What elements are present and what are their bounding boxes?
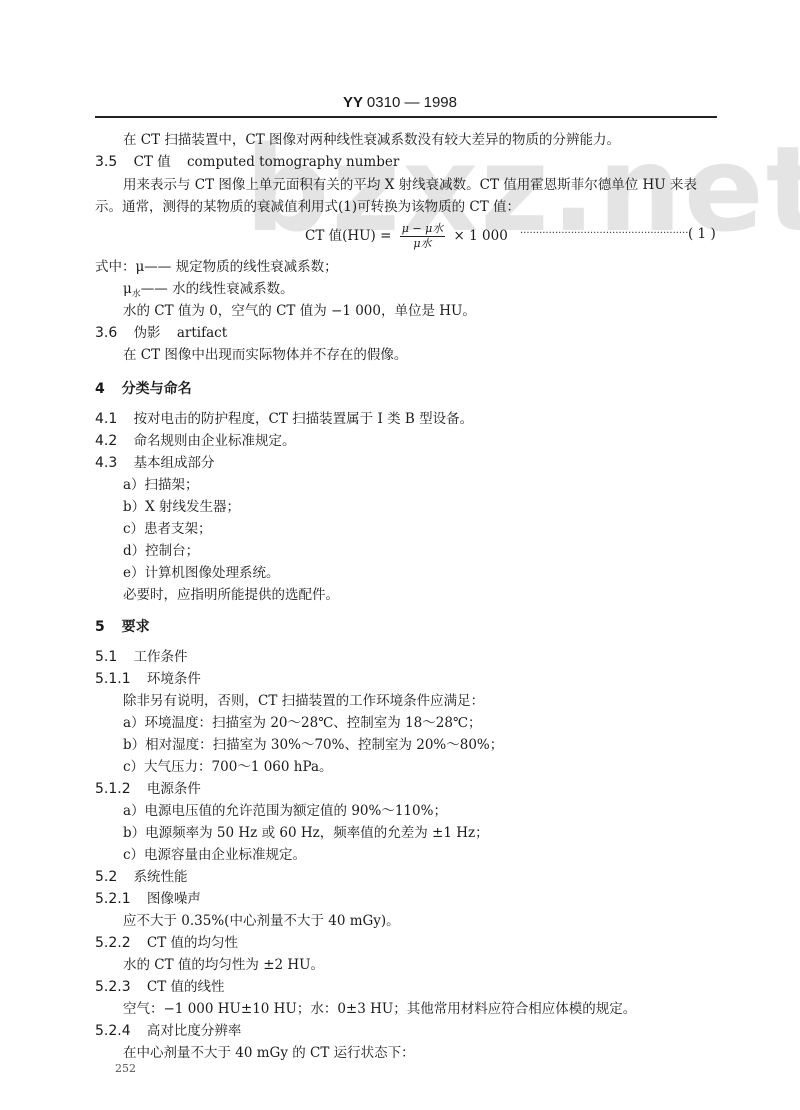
clause-number: 5.2 [95,869,117,885]
page-number: 252 [115,1062,136,1075]
clause-number: 4.1 [95,411,117,427]
formula-ct-value: CT 值(HU) = μ − μ水 μ水 × 1 000 [305,222,508,251]
clause-text: 图像噪声 [147,891,201,907]
clause-number: 5.1 [95,649,117,665]
document-page: YY 0310 — 1998 在 CT 扫描装置中，CT 图像对两种线性衰减系数… [0,0,800,1110]
list-item: b）X 射线发生器； [123,498,240,516]
list-item: a）扫描架； [123,476,199,494]
clause-5-1: 5.1 工作条件 [95,648,188,666]
section-title: CT 值 [134,154,171,170]
legend-text: —— 水的线性衰减系数。 [141,281,294,297]
paragraph: 水的 CT 值为 0，空气的 CT 值为 −1 000，单位是 HU。 [123,302,476,320]
clause-text: 基本组成部分 [134,455,215,471]
list-item: b）相对湿度：扫描室为 30%～70%、控制室为 20%～80%； [123,736,503,754]
standard-header: YY 0310 — 1998 [0,94,800,111]
paragraph: 示。通常，测得的某物质的衰减值利用式(1)可转换为该物质的 CT 值： [95,198,520,216]
chapter-heading-5: 5 要求 [95,618,150,636]
subscript-water: 水 [132,290,141,300]
clause-text: 高对比度分辨率 [147,1023,242,1039]
list-item: b）电源频率为 50 Hz 或 60 Hz，频率值的允差为 ±1 Hz； [123,824,489,842]
clause-5-1-2: 5.1.2 电源条件 [95,780,201,798]
clause-number: 5.2.4 [95,1023,131,1039]
paragraph: 用来表示与 CT 图像上单元面积有关的平均 X 射线衰减数。CT 值用霍恩斯菲尔… [123,176,697,194]
section-heading-3-5: 3.5 CT 值 computed tomography number [95,153,399,171]
section-title-en: artifact [177,325,227,341]
clause-5-1-1: 5.1.1 环境条件 [95,670,201,688]
standard-number: 0310 — 1998 [367,94,457,111]
clause-number: 5.2.2 [95,935,131,951]
section-number: 3.5 [95,154,117,170]
paragraph: 在 CT 图像中出现而实际物体并不存在的假像。 [123,346,407,364]
formula-rhs: × 1 000 [454,228,508,244]
clause-5-2: 5.2 系统性能 [95,868,188,886]
formula-denominator: μ水 [400,237,446,251]
paragraph: 水的 CT 值的均匀性为 ±2 HU。 [123,956,324,974]
paragraph: 除非另有说明，否则，CT 扫描装置的工作环境条件应满足： [123,692,484,710]
clause-4-3: 4.3 基本组成部分 [95,454,215,472]
clause-number: 4.3 [95,455,117,471]
clause-text: 按对电击的防护程度，CT 扫描装置属于 I 类 B 型设备。 [134,411,474,427]
list-item: e）计算机图像处理系统。 [123,564,280,582]
list-item: c）患者支架； [123,520,212,538]
formula-numerator: μ − μ水 [400,222,446,237]
chapter-number: 5 [95,619,105,635]
clause-5-2-3: 5.2.3 CT 值的线性 [95,978,225,996]
list-item: c）电源容量由企业标准规定。 [123,846,306,864]
formula-leader-dots: ········································… [520,228,690,239]
clause-4-2: 4.2 命名规则由企业标准规定。 [95,432,296,450]
header-rule [95,116,717,118]
clause-5-2-1: 5.2.1 图像噪声 [95,890,201,908]
clause-text: 工作条件 [134,649,188,665]
clause-number: 5.2.1 [95,891,131,907]
section-number: 3.6 [95,325,117,341]
clause-5-2-4: 5.2.4 高对比度分辨率 [95,1022,241,1040]
paragraph: 在 CT 扫描装置中，CT 图像对两种线性衰减系数没有较大差异的物质的分辨能力。 [123,131,620,149]
paragraph: 必要时，应指明所能提供的选配件。 [123,586,339,604]
formula-fraction: μ − μ水 μ水 [400,222,446,251]
clause-number: 5.1.2 [95,781,131,797]
clause-text: 命名规则由企业标准规定。 [134,433,296,449]
clause-4-1: 4.1 按对电击的防护程度，CT 扫描装置属于 I 类 B 型设备。 [95,410,473,428]
formula-lhs: CT 值(HU) = [305,228,391,244]
clause-text: CT 值的线性 [147,979,225,995]
clause-text: CT 值的均匀性 [147,935,238,951]
chapter-title: 分类与命名 [122,381,192,397]
equation-number: ( 1 ) [688,226,716,242]
clause-number: 4.2 [95,433,117,449]
chapter-title: 要求 [122,619,150,635]
section-title-en: computed tomography number [187,154,399,170]
list-item: d）控制台； [123,542,199,560]
clause-text: 系统性能 [134,869,188,885]
formula-legend-mu: 式中：μ—— 规定物质的线性衰减系数； [95,258,338,276]
clause-number: 5.2.3 [95,979,131,995]
paragraph: 空气：−1 000 HU±10 HU；水：0±3 HU；其他常用材料应符合相应体… [123,1000,636,1018]
clause-text: 环境条件 [147,671,201,687]
clause-5-2-2: 5.2.2 CT 值的均匀性 [95,934,238,952]
section-title: 伪影 [134,325,161,341]
list-item: c）大气压力：700～1 060 hPa。 [123,758,333,776]
formula-legend-mu-water: μ水—— 水的线性衰减系数。 [123,280,294,304]
list-item: a）环境温度：扫描室为 20～28℃、控制室为 18～28℃； [123,714,482,732]
clause-number: 5.1.1 [95,671,131,687]
chapter-number: 4 [95,381,105,397]
standard-prefix: YY [343,94,363,111]
list-item: a）电源电压值的允许范围为额定值的 90%～110%； [123,802,447,820]
mu-symbol: μ [123,281,132,297]
paragraph: 应不大于 0.35%(中心剂量不大于 40 mGy)。 [123,912,400,930]
paragraph: 在中心剂量不大于 40 mGy 的 CT 运行状态下： [123,1044,415,1062]
clause-text: 电源条件 [147,781,201,797]
chapter-heading-4: 4 分类与命名 [95,380,192,398]
section-heading-3-6: 3.6 伪影 artifact [95,324,227,342]
